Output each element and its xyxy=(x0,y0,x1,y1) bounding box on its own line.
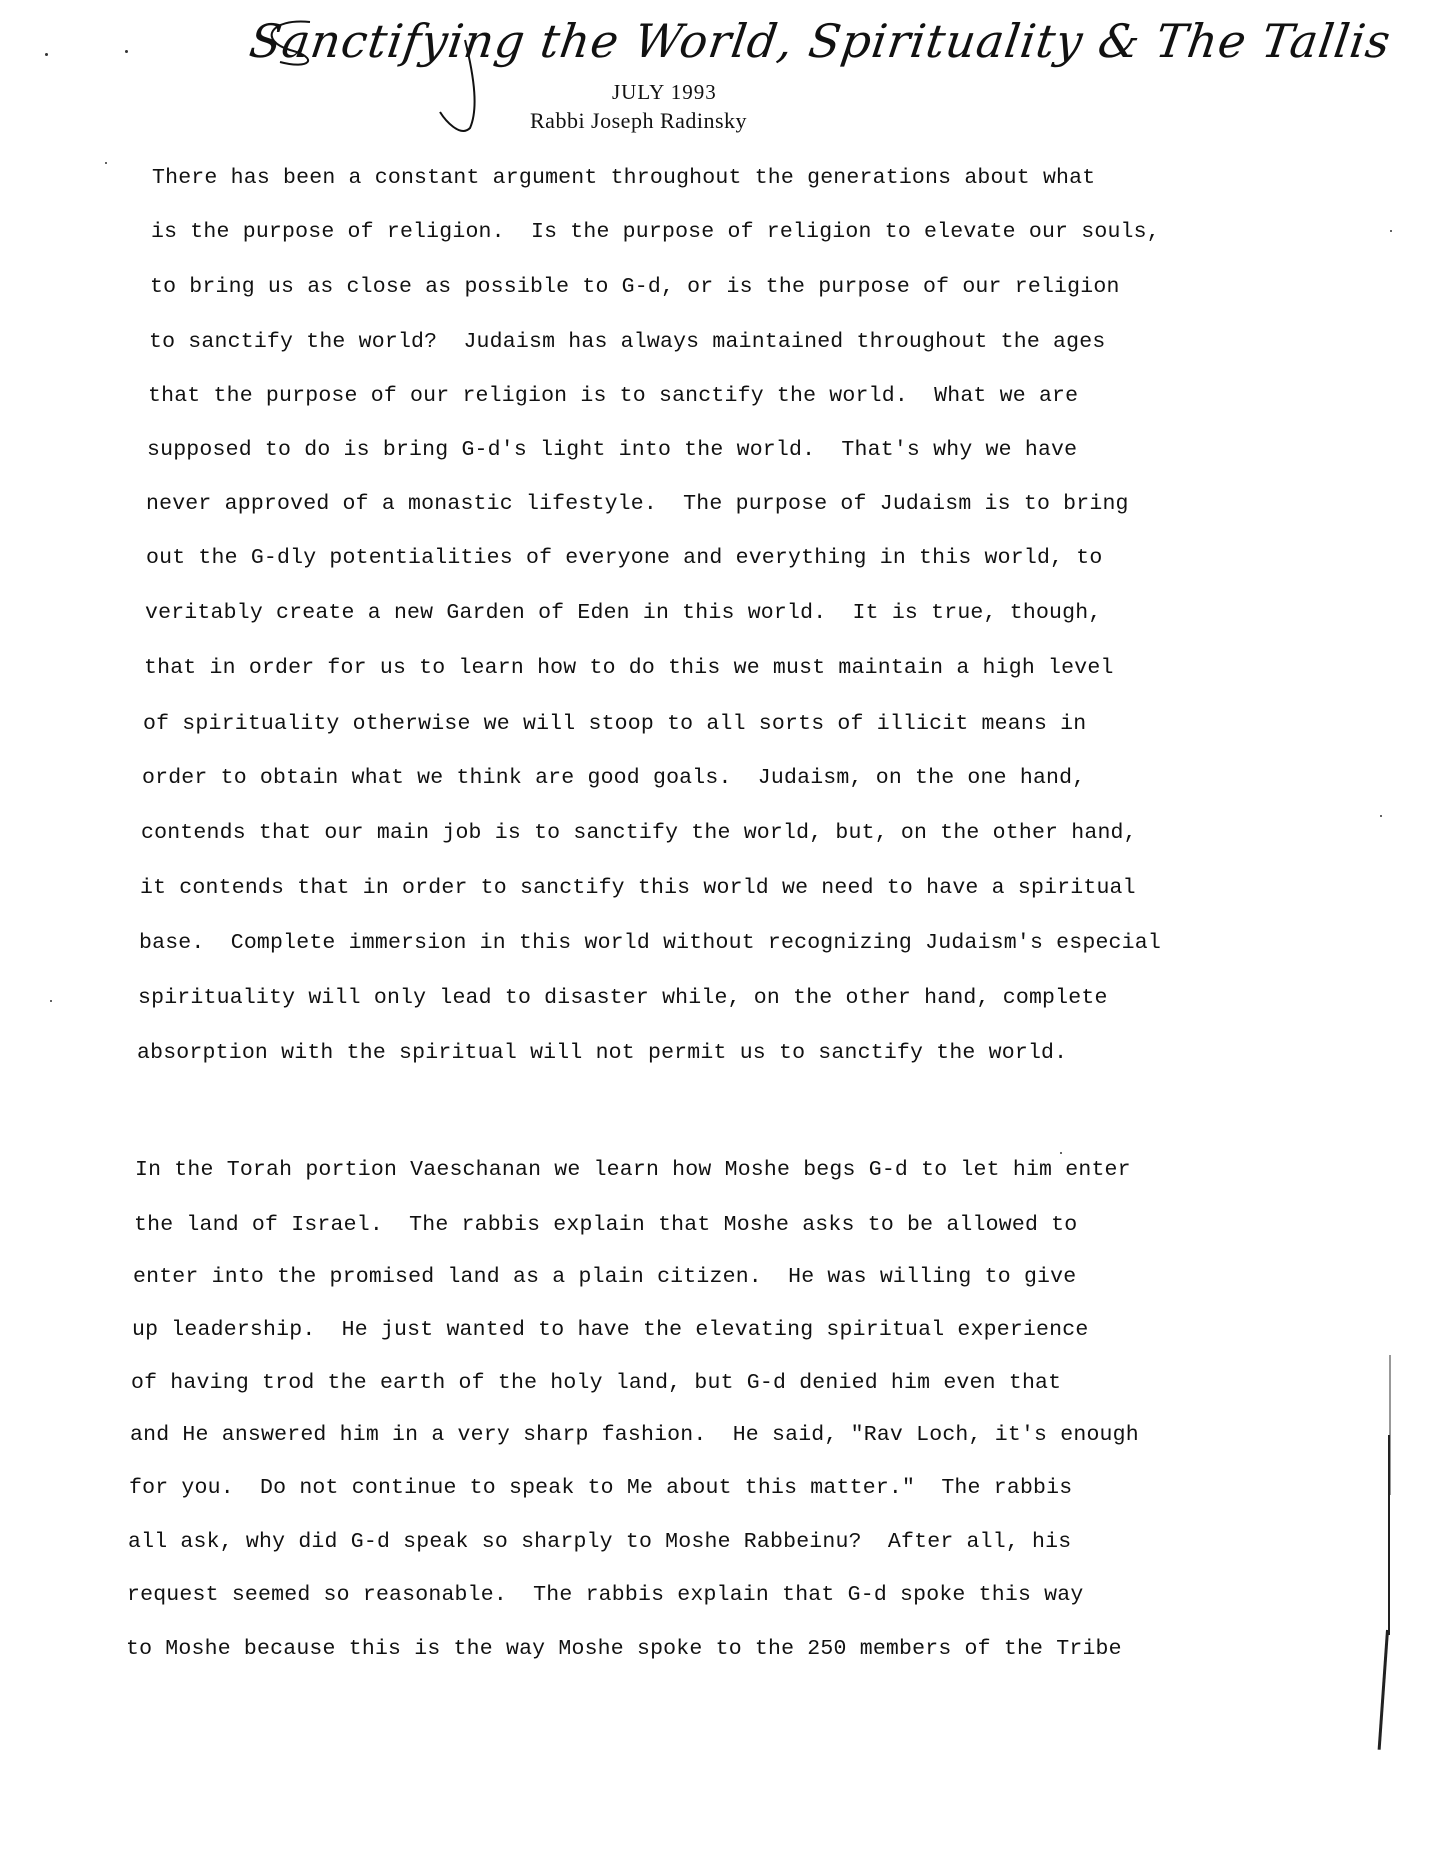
handwritten-title: Sanctifying the World, Spirituality & Th… xyxy=(245,6,1215,76)
scan-edge-line xyxy=(1378,1630,1389,1750)
scan-speck xyxy=(105,162,107,164)
scan-speck xyxy=(1060,1152,1062,1154)
scan-speck xyxy=(125,50,128,53)
text-line: supposed to do is bring G-d's light into… xyxy=(147,438,1077,462)
scan-edge-line xyxy=(1388,1435,1390,1635)
text-line: spirituality will only lead to disaster … xyxy=(138,986,1108,1010)
text-line: for you. Do not continue to speak to Me … xyxy=(129,1476,1072,1500)
scan-speck xyxy=(45,53,48,56)
text-line: absorption with the spiritual will not p… xyxy=(137,1041,1067,1065)
scan-speck xyxy=(1380,815,1382,817)
document-date: JULY 1993 xyxy=(612,80,717,105)
text-line: that in order for us to learn how to do … xyxy=(144,656,1114,680)
scan-speck xyxy=(1390,230,1392,232)
text-line: that the purpose of our religion is to s… xyxy=(148,384,1078,408)
document-author: Rabbi Joseph Radinsky xyxy=(530,108,747,134)
text-line: of spirituality otherwise we will stoop … xyxy=(143,712,1086,736)
text-line: There has been a constant argument throu… xyxy=(152,166,1095,190)
text-line: all ask, why did G-d speak so sharply to… xyxy=(128,1530,1071,1554)
text-line: of having trod the earth of the holy lan… xyxy=(131,1371,1061,1395)
text-line: it contends that in order to sanctify th… xyxy=(140,876,1136,900)
text-line: base. Complete immersion in this world w… xyxy=(139,931,1161,955)
scan-speck xyxy=(50,1000,52,1002)
text-line: order to obtain what we think are good g… xyxy=(142,766,1085,790)
text-line: to sanctify the world? Judaism has alway… xyxy=(149,330,1105,354)
text-line: out the G-dly potentialities of everyone… xyxy=(146,546,1102,570)
text-line: enter into the promised land as a plain … xyxy=(133,1265,1076,1289)
text-line: the land of Israel. The rabbis explain t… xyxy=(134,1213,1077,1237)
text-line: and He answered him in a very sharp fash… xyxy=(130,1423,1139,1447)
text-line: is the purpose of religion. Is the purpo… xyxy=(151,220,1160,244)
text-line: veritably create a new Garden of Eden in… xyxy=(145,601,1101,625)
text-line: never approved of a monastic lifestyle. … xyxy=(146,492,1129,516)
text-line: up leadership. He just wanted to have th… xyxy=(132,1318,1088,1342)
document-page: Sanctifying the World, Spirituality & Th… xyxy=(0,0,1430,1851)
text-line: to Moshe because this is the way Moshe s… xyxy=(126,1637,1122,1661)
text-line: In the Torah portion Vaeschanan we learn… xyxy=(135,1158,1131,1182)
text-line: contends that our main job is to sanctif… xyxy=(141,821,1137,845)
text-line: request seemed so reasonable. The rabbis… xyxy=(127,1583,1083,1607)
text-line: to bring us as close as possible to G-d,… xyxy=(150,275,1120,299)
